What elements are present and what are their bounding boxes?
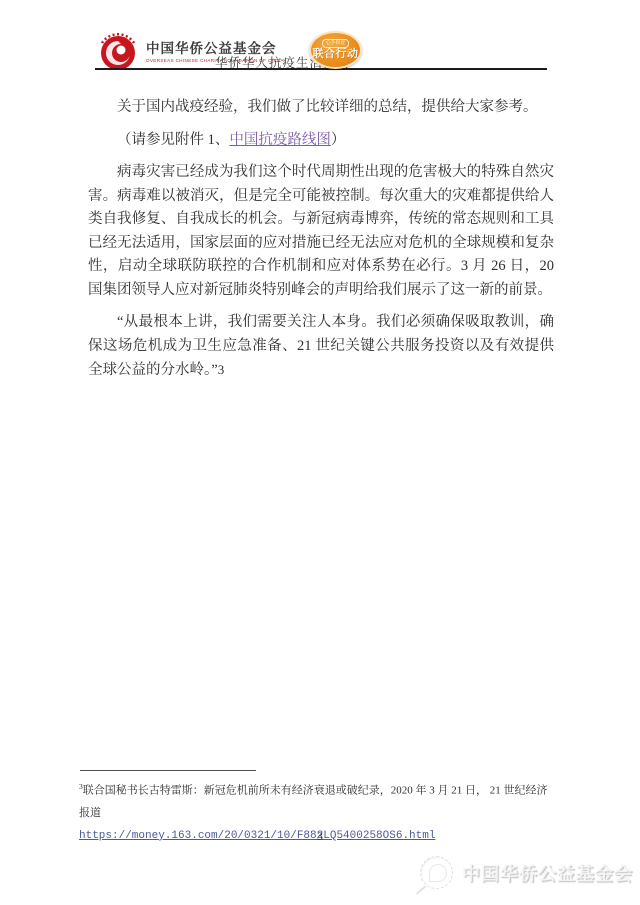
footnote-divider [80, 770, 256, 771]
foundation-logo-icon [96, 29, 140, 73]
paragraph-attachment: （请参见附件 1、中国抗疫路线图） [88, 129, 554, 153]
attachment-prefix: （请参见附件 1、 [117, 132, 229, 148]
footnote-reference-inline: 3 [218, 362, 225, 377]
watermark: 中国华侨公益基金会 [420, 856, 633, 889]
joint-action-badge-icon: 心手相连 联合行动 [309, 31, 362, 69]
paragraph-quote: “从最根本上讲，我们需要关注人本身。我们必须确保吸取教训，确保这场危机成为卫生应… [88, 311, 554, 383]
badge-main-text: 联合行动 [313, 48, 359, 61]
attachment-link[interactable]: 中国抗疫路线图 [229, 132, 331, 148]
watermark-logo-icon [420, 856, 453, 889]
paragraph-virus-disaster: 病毒灾害已经成为我们这个时代周期性出现的危害极大的特殊自然灾害。病毒难以被消灭，… [88, 161, 554, 302]
page-number: 3 [0, 831, 640, 843]
badge-top-text: 心手相连 [322, 39, 348, 48]
footnote-text: 联合国秘书长古特雷斯：新冠危机前所未有经济衰退或破纪录，2020 年 3 月 2… [79, 785, 548, 819]
attachment-suffix: ） [331, 132, 346, 148]
watermark-text: 中国华侨公益基金会 [462, 860, 633, 886]
body-text: 关于国内战疫经验，我们做了比较详细的总结，提供给大家参考。 （请参见附件 1、中… [88, 96, 554, 392]
quote-text: “从最根本上讲，我们需要关注人本身。我们必须确保吸取教训，确保这场危机成为卫生应… [88, 314, 554, 378]
document-page: 中国华侨公益基金会 OVERSEAS CHINESE CHARITY FOUND… [0, 0, 640, 905]
header-divider [95, 68, 547, 70]
paragraph-summary: 关于国内战疫经验，我们做了比较详细的总结，提供给大家参考。 [88, 96, 554, 120]
footnote-line: 3联合国秘书长古特雷斯：新冠危机前所未有经济衰退或破纪录，2020 年 3 月 … [79, 776, 555, 824]
